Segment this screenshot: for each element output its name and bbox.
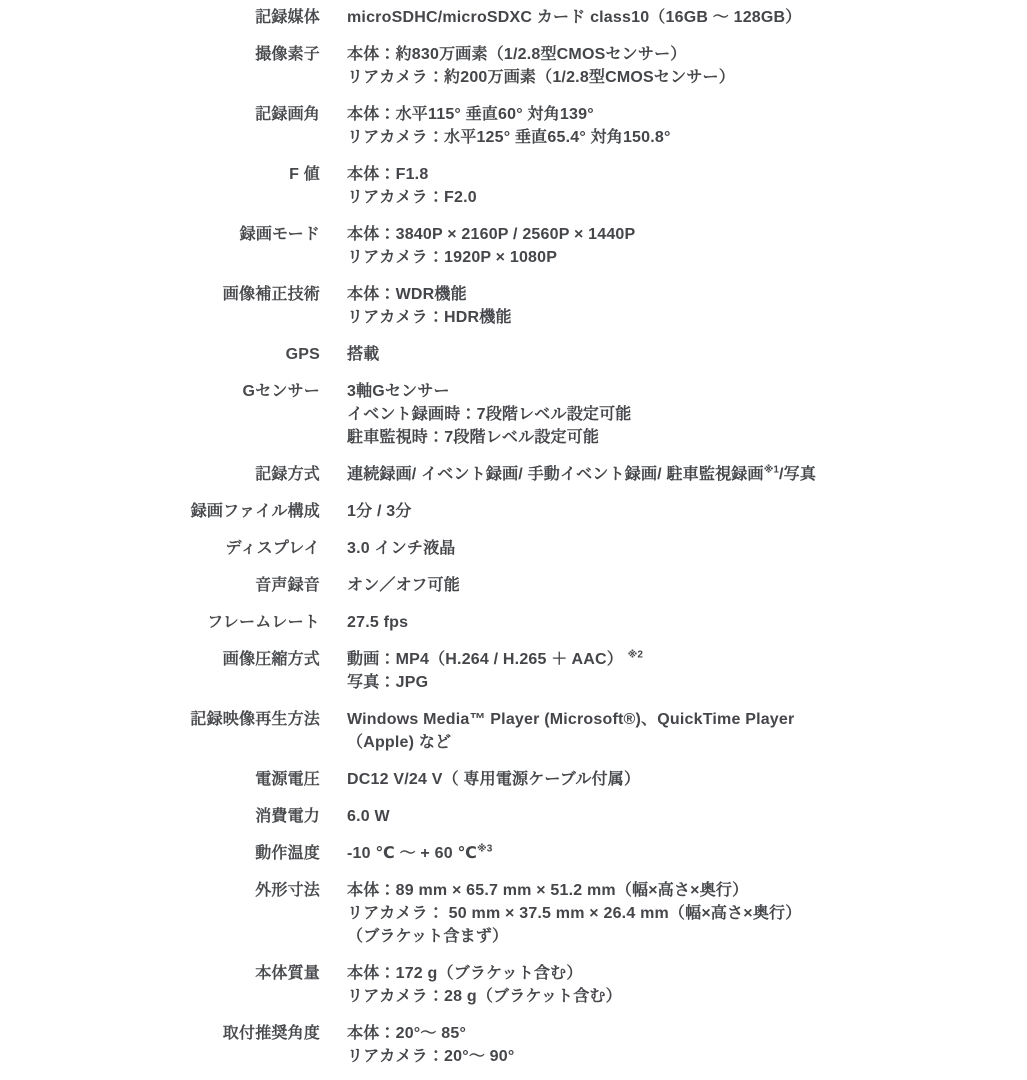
- spec-value: 本体：約830万画素（1/2.8型CMOSセンサー）リアカメラ：約200万画素（…: [347, 43, 735, 89]
- spec-text: 27.5 fps: [347, 614, 408, 631]
- spec-value-line: 1分 / 3分: [347, 500, 412, 523]
- spec-value: 本体：20°～ 85°リアカメラ：20°～ 90°: [347, 1022, 514, 1068]
- spec-text: リアカメラ：1920P × 1080P: [347, 249, 557, 266]
- spec-text: /写真: [779, 466, 816, 483]
- spec-row: 録画モード本体：3840P × 2160P / 2560P × 1440Pリアカ…: [0, 223, 1027, 269]
- spec-text: DC12 V/24 V（ 専用電源ケーブル付属）: [347, 771, 640, 788]
- spec-value-line: （Apple) など: [347, 731, 794, 754]
- spec-text: Windows Media™ Player (Microsoft®)、Quick…: [347, 711, 794, 728]
- spec-label: 記録方式: [0, 463, 320, 486]
- spec-text: 本体：89 mm × 65.7 mm × 51.2 mm（幅×高さ×奥行）: [347, 882, 748, 899]
- spec-value-line: Windows Media™ Player (Microsoft®)、Quick…: [347, 708, 794, 731]
- spec-row: Gセンサー3軸Gセンサーイベント録画時：7段階レベル設定可能駐車監視時：7段階レ…: [0, 380, 1027, 449]
- spec-text: リアカメラ：20°～ 90°: [347, 1048, 514, 1065]
- spec-text: 1分 / 3分: [347, 503, 412, 520]
- spec-value-line: 写真：JPG: [347, 671, 643, 694]
- spec-value: オン／オフ可能: [347, 574, 460, 597]
- spec-text: 本体：水平115° 垂直60° 対角139°: [347, 106, 594, 123]
- spec-value-line: 6.0 W: [347, 805, 390, 828]
- spec-text: 本体：約830万画素（1/2.8型CMOSセンサー）: [347, 46, 686, 63]
- spec-value-line: 本体：WDR機能: [347, 283, 512, 306]
- spec-value: 1分 / 3分: [347, 500, 412, 523]
- spec-value: 連続録画/ イベント録画/ 手動イベント録画/ 駐車監視録画※1/写真: [347, 463, 816, 486]
- spec-label: 撮像素子: [0, 43, 320, 66]
- spec-value: 27.5 fps: [347, 611, 408, 634]
- spec-text: 駐車監視時：7段階レベル設定可能: [347, 429, 599, 446]
- spec-row: 電源電圧DC12 V/24 V（ 専用電源ケーブル付属）: [0, 768, 1027, 791]
- spec-text: リアカメラ：約200万画素（1/2.8型CMOSセンサー）: [347, 69, 735, 86]
- spec-table: 記録媒体microSDHC/microSDXC カード class10（16GB…: [0, 0, 1027, 1068]
- spec-value-line: 本体：水平115° 垂直60° 対角139°: [347, 103, 671, 126]
- spec-value-line: 27.5 fps: [347, 611, 408, 634]
- spec-row: 外形寸法本体：89 mm × 65.7 mm × 51.2 mm（幅×高さ×奥行…: [0, 879, 1027, 948]
- spec-value: 搭載: [347, 343, 379, 366]
- spec-text: 3軸Gセンサー: [347, 383, 450, 400]
- spec-value-line: 3軸Gセンサー: [347, 380, 632, 403]
- spec-value: 本体：3840P × 2160P / 2560P × 1440Pリアカメラ：19…: [347, 223, 635, 269]
- spec-value-line: 搭載: [347, 343, 379, 366]
- spec-row: 動作温度-10 ℃ ～ + 60 ℃※3: [0, 842, 1027, 865]
- spec-value: 本体：89 mm × 65.7 mm × 51.2 mm（幅×高さ×奥行）リアカ…: [347, 879, 801, 948]
- spec-value: 動画：MP4（H.264 / H.265 ＋ AAC） ※2写真：JPG: [347, 648, 643, 694]
- spec-value-line: 連続録画/ イベント録画/ 手動イベント録画/ 駐車監視録画※1/写真: [347, 463, 816, 486]
- spec-text: -10 ℃ ～ + 60 ℃: [347, 845, 477, 862]
- spec-text: 本体：F1.8: [347, 166, 428, 183]
- spec-value-line: リアカメラ：1920P × 1080P: [347, 246, 635, 269]
- spec-value: microSDHC/microSDXC カード class10（16GB ～ 1…: [347, 6, 802, 29]
- spec-value-line: 動画：MP4（H.264 / H.265 ＋ AAC） ※2: [347, 648, 643, 671]
- spec-row: 音声録音オン／オフ可能: [0, 574, 1027, 597]
- spec-label: 記録映像再生方法: [0, 708, 320, 731]
- spec-value-line: 本体：約830万画素（1/2.8型CMOSセンサー）: [347, 43, 735, 66]
- spec-value-line: リアカメラ：20°～ 90°: [347, 1045, 514, 1068]
- spec-value-line: 本体：20°～ 85°: [347, 1022, 514, 1045]
- spec-value: DC12 V/24 V（ 専用電源ケーブル付属）: [347, 768, 640, 791]
- spec-row: 本体質量本体：172 g（ブラケット含む）リアカメラ：28 g（ブラケット含む）: [0, 962, 1027, 1008]
- spec-text: microSDHC/microSDXC カード class10（16GB ～ 1…: [347, 9, 802, 26]
- spec-value-line: リアカメラ：F2.0: [347, 186, 477, 209]
- spec-row: 録画ファイル構成1分 / 3分: [0, 500, 1027, 523]
- footnote-marker: ※3: [477, 844, 492, 855]
- spec-row: F 値本体：F1.8リアカメラ：F2.0: [0, 163, 1027, 209]
- spec-value: 3.0 インチ液晶: [347, 537, 456, 560]
- spec-value-line: 本体：89 mm × 65.7 mm × 51.2 mm（幅×高さ×奥行）: [347, 879, 801, 902]
- spec-label: 画像補正技術: [0, 283, 320, 306]
- spec-value-line: リアカメラ：HDR機能: [347, 306, 512, 329]
- spec-row: 記録画角本体：水平115° 垂直60° 対角139°リアカメラ：水平125° 垂…: [0, 103, 1027, 149]
- spec-label: 電源電圧: [0, 768, 320, 791]
- spec-row: GPS搭載: [0, 343, 1027, 366]
- spec-value: 本体：WDR機能リアカメラ：HDR機能: [347, 283, 512, 329]
- spec-row: 消費電力6.0 W: [0, 805, 1027, 828]
- spec-row: フレームレート27.5 fps: [0, 611, 1027, 634]
- spec-label: F 値: [0, 163, 320, 186]
- spec-text: 搭載: [347, 346, 379, 363]
- spec-text: （ブラケット含まず）: [347, 928, 508, 945]
- spec-label: 録画ファイル構成: [0, 500, 320, 523]
- spec-label: 画像圧縮方式: [0, 648, 320, 671]
- spec-text: リアカメラ：F2.0: [347, 189, 477, 206]
- spec-label: 外形寸法: [0, 879, 320, 902]
- spec-row: 画像補正技術本体：WDR機能リアカメラ：HDR機能: [0, 283, 1027, 329]
- spec-row: 画像圧縮方式動画：MP4（H.264 / H.265 ＋ AAC） ※2写真：J…: [0, 648, 1027, 694]
- spec-text: 本体：20°～ 85°: [347, 1025, 466, 1042]
- spec-value: 本体：172 g（ブラケット含む）リアカメラ：28 g（ブラケット含む）: [347, 962, 622, 1008]
- spec-row: ディスプレイ3.0 インチ液晶: [0, 537, 1027, 560]
- spec-value-line: リアカメラ：水平125° 垂直65.4° 対角150.8°: [347, 126, 671, 149]
- spec-value-line: 3.0 インチ液晶: [347, 537, 456, 560]
- spec-text: リアカメラ：水平125° 垂直65.4° 対角150.8°: [347, 129, 671, 146]
- spec-label: 記録媒体: [0, 6, 320, 29]
- spec-text: 連続録画/ イベント録画/ 手動イベント録画/ 駐車監視録画: [347, 466, 764, 483]
- spec-text: リアカメラ： 50 mm × 37.5 mm × 26.4 mm（幅×高さ×奥行…: [347, 905, 801, 922]
- spec-value-line: （ブラケット含まず）: [347, 925, 801, 948]
- spec-value-line: リアカメラ： 50 mm × 37.5 mm × 26.4 mm（幅×高さ×奥行…: [347, 902, 801, 925]
- spec-value-line: 本体：172 g（ブラケット含む）: [347, 962, 622, 985]
- spec-value-line: リアカメラ：約200万画素（1/2.8型CMOSセンサー）: [347, 66, 735, 89]
- footnote-marker: ※2: [628, 650, 643, 661]
- spec-value-line: オン／オフ可能: [347, 574, 460, 597]
- spec-row: 記録媒体microSDHC/microSDXC カード class10（16GB…: [0, 6, 1027, 29]
- spec-value-line: 本体：F1.8: [347, 163, 477, 186]
- spec-label: ディスプレイ: [0, 537, 320, 560]
- spec-label: 録画モード: [0, 223, 320, 246]
- spec-value-line: microSDHC/microSDXC カード class10（16GB ～ 1…: [347, 6, 802, 29]
- spec-value: -10 ℃ ～ + 60 ℃※3: [347, 842, 492, 865]
- spec-label: 音声録音: [0, 574, 320, 597]
- spec-text: 写真：JPG: [347, 674, 428, 691]
- spec-text: 本体：3840P × 2160P / 2560P × 1440P: [347, 226, 635, 243]
- spec-label: Gセンサー: [0, 380, 320, 403]
- spec-text: 本体：172 g（ブラケット含む）: [347, 965, 583, 982]
- spec-row: 記録方式連続録画/ イベント録画/ 手動イベント録画/ 駐車監視録画※1/写真: [0, 463, 1027, 486]
- spec-value: Windows Media™ Player (Microsoft®)、Quick…: [347, 708, 794, 754]
- spec-row: 記録映像再生方法Windows Media™ Player (Microsoft…: [0, 708, 1027, 754]
- spec-text: 3.0 インチ液晶: [347, 540, 456, 557]
- spec-value-line: 本体：3840P × 2160P / 2560P × 1440P: [347, 223, 635, 246]
- spec-value-line: DC12 V/24 V（ 専用電源ケーブル付属）: [347, 768, 640, 791]
- spec-label: 消費電力: [0, 805, 320, 828]
- spec-text: リアカメラ：HDR機能: [347, 309, 512, 326]
- spec-text: 本体：WDR機能: [347, 286, 467, 303]
- spec-value-line: -10 ℃ ～ + 60 ℃※3: [347, 842, 492, 865]
- spec-label: 取付推奨角度: [0, 1022, 320, 1045]
- footnote-marker: ※1: [764, 465, 779, 476]
- spec-label: 動作温度: [0, 842, 320, 865]
- spec-text: 動画：MP4（H.264 / H.265 ＋ AAC）: [347, 651, 628, 668]
- spec-value: 6.0 W: [347, 805, 390, 828]
- spec-value-line: リアカメラ：28 g（ブラケット含む）: [347, 985, 622, 1008]
- spec-text: 6.0 W: [347, 808, 390, 825]
- spec-value-line: イベント録画時：7段階レベル設定可能: [347, 403, 632, 426]
- spec-label: GPS: [0, 343, 320, 366]
- spec-text: リアカメラ：28 g（ブラケット含む）: [347, 988, 622, 1005]
- spec-value: 3軸Gセンサーイベント録画時：7段階レベル設定可能駐車監視時：7段階レベル設定可…: [347, 380, 632, 449]
- spec-row: 撮像素子本体：約830万画素（1/2.8型CMOSセンサー）リアカメラ：約200…: [0, 43, 1027, 89]
- spec-row: 取付推奨角度本体：20°～ 85°リアカメラ：20°～ 90°: [0, 1022, 1027, 1068]
- spec-value: 本体：F1.8リアカメラ：F2.0: [347, 163, 477, 209]
- spec-text: （Apple) など: [347, 734, 451, 751]
- spec-value-line: 駐車監視時：7段階レベル設定可能: [347, 426, 632, 449]
- spec-label: フレームレート: [0, 611, 320, 634]
- spec-value: 本体：水平115° 垂直60° 対角139°リアカメラ：水平125° 垂直65.…: [347, 103, 671, 149]
- spec-label: 本体質量: [0, 962, 320, 985]
- spec-text: オン／オフ可能: [347, 577, 460, 594]
- spec-label: 記録画角: [0, 103, 320, 126]
- spec-text: イベント録画時：7段階レベル設定可能: [347, 406, 632, 423]
